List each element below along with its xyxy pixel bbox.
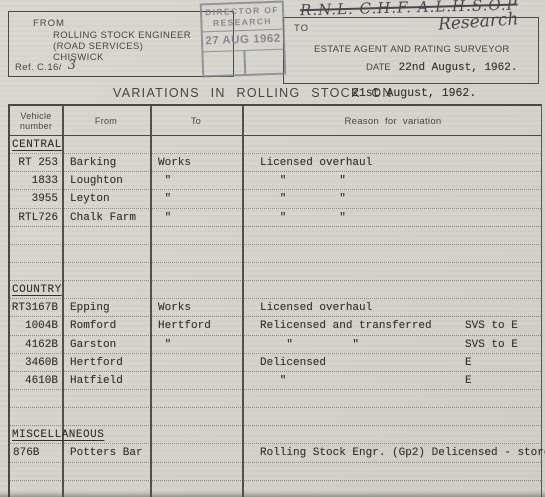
table-row: 4610BHatfield ″E	[10, 372, 541, 390]
form-title: VARIATIONS IN ROLLING STOCK ON	[113, 86, 393, 100]
reference-row: Ref. C.16/3	[15, 59, 76, 74]
vehicle-number-cell: RTL726	[10, 209, 62, 227]
to-cell: ″	[158, 336, 171, 354]
empty-row	[10, 245, 541, 263]
from-line-1: ROLLING STOCK ENGINEER	[53, 30, 191, 41]
empty-row	[10, 408, 541, 426]
to-cell: Works	[158, 299, 191, 317]
table-row: RT 253BarkingWorksLicensed overhaul	[10, 154, 541, 172]
header-to: To	[150, 106, 242, 136]
section-row: MISCELLANEOUS	[10, 426, 541, 444]
table-header-row: Vehicle number From To Reason for variat…	[10, 106, 541, 136]
section-row: COUNTRY	[10, 281, 541, 299]
from-cell: Romford	[70, 317, 116, 335]
to-cell: ″	[158, 172, 171, 190]
scanned-document: FROM ROLLING STOCK ENGINEER (ROAD SERVIC…	[0, 0, 545, 497]
transfer-code-cell: E	[465, 354, 472, 372]
rolling-stock-table: Vehicle number From To Reason for variat…	[8, 104, 542, 497]
vehicle-number-cell: RT 253	[10, 154, 62, 172]
vehicle-number-cell: 876B	[10, 444, 62, 462]
to-cell: Hertford	[158, 317, 211, 335]
vehicle-number-cell: RT3167B	[10, 299, 62, 317]
table-row: 3460BHertfordDelicensedE	[10, 354, 541, 372]
date-received-stamp: DIRECTOR OF RESEARCH 27 AUG 1962	[200, 1, 287, 78]
transfer-code-cell: E	[465, 372, 472, 390]
to-recipient: ESTATE AGENT AND RATING SURVEYOR	[314, 44, 510, 55]
from-cell: Potters Bar	[70, 444, 143, 462]
header-reason: Reason for variation	[242, 106, 544, 136]
reason-cell: Licensed overhaul	[260, 154, 372, 172]
from-cell: Leyton	[70, 190, 110, 208]
section-label: COUNTRY	[12, 281, 62, 299]
reason-cell: ″ ″	[260, 190, 346, 208]
section-label: CENTRAL	[12, 136, 62, 154]
empty-row	[10, 263, 541, 281]
reason-cell: ″	[260, 372, 286, 390]
to-label: TO	[294, 23, 309, 34]
vehicle-number-cell: 1004B	[10, 317, 62, 335]
column-divider	[242, 106, 244, 497]
reason-cell: Rolling Stock Engr. (Gp2) Delicensed - s…	[260, 444, 545, 462]
header-vehicle-number: Vehicle number	[10, 106, 62, 136]
table-row: 876BPotters BarRolling Stock Engr. (Gp2)…	[10, 444, 541, 462]
table-row: RT3167BEppingWorksLicensed overhaul	[10, 299, 541, 317]
transfer-code-cell: SVS to E	[465, 336, 518, 354]
reason-cell: Licensed overhaul	[260, 299, 372, 317]
vehicle-number-cell: 4162B	[10, 336, 62, 354]
vehicle-number-cell: 4610B	[10, 372, 62, 390]
transfer-code-cell: SVS to E	[465, 317, 518, 335]
header-from: From	[62, 106, 150, 136]
to-cell: ″	[158, 209, 171, 227]
stamp-empty-cell	[203, 50, 284, 76]
table-row: 1833Loughton ″ ″ ″	[10, 172, 541, 190]
column-divider	[150, 106, 152, 497]
date-row: DATE22nd August, 1962.	[366, 62, 517, 74]
section-label: MISCELLANEOUS	[12, 426, 104, 444]
date-label: DATE	[366, 62, 391, 73]
vehicle-number-cell: 3460B	[10, 354, 62, 372]
table-row: 3955Leyton ″ ″ ″	[10, 190, 541, 208]
to-cell: Works	[158, 154, 191, 172]
from-cell: Loughton	[70, 172, 123, 190]
reason-cell: ″ ″	[260, 209, 346, 227]
form-title-date: 21st August, 1962.	[352, 87, 476, 100]
stamp-date: 27 AUG 1962	[203, 30, 284, 53]
reference-value-handwritten: 3	[68, 58, 77, 73]
to-cell: ″	[158, 190, 171, 208]
vehicle-number-cell: 1833	[10, 172, 62, 190]
table-rows: CENTRALRT 253BarkingWorksLicensed overha…	[10, 136, 541, 497]
from-cell: Hertford	[70, 354, 123, 372]
empty-row	[10, 390, 541, 408]
reason-cell: Relicensed and transferred	[260, 317, 432, 335]
section-row: CENTRAL	[10, 136, 541, 154]
reason-cell: ″ ″	[260, 336, 359, 354]
table-row: RTL726Chalk Farm ″ ″ ″	[10, 209, 541, 227]
stamp-office-name: DIRECTOR OF RESEARCH	[202, 3, 283, 33]
date-value: 22nd August, 1962.	[399, 62, 518, 74]
empty-row	[10, 481, 541, 497]
table-row: 1004BRomfordHertfordRelicensed and trans…	[10, 317, 541, 335]
reason-cell: Delicensed	[260, 354, 326, 372]
table-row: 4162BGarston ″ ″ ″SVS to E	[10, 336, 541, 354]
vehicle-number-cell: 3955	[10, 190, 62, 208]
from-line-2: (ROAD SERVICES)	[53, 41, 191, 52]
from-cell: Chalk Farm	[70, 209, 136, 227]
reason-cell: ″ ″	[260, 172, 346, 190]
reference-label: Ref. C.16/	[15, 62, 62, 73]
from-cell: Garston	[70, 336, 116, 354]
stamp-line-2: RESEARCH	[202, 16, 282, 30]
from-cell: Hatfield	[70, 372, 123, 390]
from-label: FROM	[33, 18, 65, 29]
empty-row	[10, 227, 541, 245]
from-cell: Epping	[70, 299, 110, 317]
empty-row	[10, 463, 541, 481]
from-cell: Barking	[70, 154, 116, 172]
